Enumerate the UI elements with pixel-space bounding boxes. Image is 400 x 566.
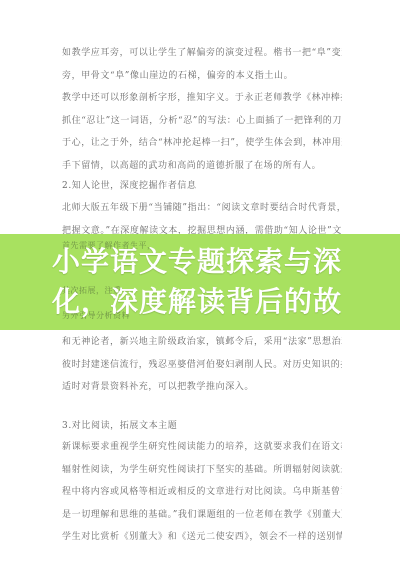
paragraph-2: 教学中还可以形象剖析字形，推知字义。于永正老师教学《林冲棒打洪教头》， 抓住“忍… <box>62 87 342 177</box>
text-line: 新课标要求重视学生研究性阅读能力的培养，这就要求我们在语文教学中开展 <box>62 436 342 459</box>
text-line: 彼时封建迷信流行，残忍巫婆借河伯娶妇剥削人民。对历史知识的拓展探寻， <box>62 354 342 377</box>
text-line: 辐射性阅读，为学生研究性阅读打下坚实的基础。所谓辐射阅读就是在教学过 <box>62 459 342 482</box>
text-line: 北师大版五年级下册“当铺随”指出：“阅读文章时要结合时代背景，整体地 <box>62 197 342 220</box>
text-line: 旁，甲骨文“阜”像山崖边的石梯，偏旁的本义指土山。 <box>62 65 342 88</box>
text-line: 手下留情，以高超的武功和高尚的道德折服了在场的所有人。 <box>62 155 342 178</box>
text-line: 适时对背景资料补充，可以把教学推向深入。 <box>62 376 342 399</box>
text-line: 学生对比赏析《别董大》和《送元二使安西》，领会不一样的送别情，让学生 <box>62 526 342 549</box>
text-line: 教学中还可以形象剖析字形，推知字义。于永正老师教学《林冲棒打洪教头》， <box>62 87 342 110</box>
text-line: 是一切理解和思维的基础。”我们课题组的一位老师在教学《别董大》后，让 <box>62 504 342 527</box>
text-line: 和无神论者，新兴地主阶级政治家，镇邺令后，采用“法家”思想治理邺地， <box>62 331 342 354</box>
banner-title-line: 化，深度解读背后的故 <box>52 282 352 322</box>
banner-title: 小学语文专题探索与深 化，深度解读背后的故 <box>52 242 352 322</box>
document-page: 如教学应耳旁，可以让学生了解偏旁的演变过程。楷书一把“阜”变形为左耳 旁，甲骨文… <box>0 0 400 566</box>
paragraph-5: 新课标要求重视学生研究性阅读能力的培养，这就要求我们在语文教学中开展 辐射性阅读… <box>62 436 342 549</box>
banner-title-line: 小学语文专题探索与深 <box>52 242 352 282</box>
paragraph-1: 如教学应耳旁，可以让学生了解偏旁的演变过程。楷书一把“阜”变形为左耳 旁，甲骨文… <box>62 42 342 87</box>
section-heading-2: 2.知人论世，深度挖掘作者信息 <box>62 178 197 191</box>
text-line: 如教学应耳旁，可以让学生了解偏旁的演变过程。楷书一把“阜”变形为左耳 <box>62 42 342 65</box>
text-line: 于心，让之于外，结合“林冲抡起棒一扫”，使学生体会到，林冲用劲不大， <box>62 132 342 155</box>
paragraph-4: 和无神论者，新兴地主阶级政治家，镇邺令后，采用“法家”思想治理邺地， 彼时封建迷… <box>62 331 342 399</box>
text-line: 抓住“忍让”这一词语，分析“忍”的写法：心上面插了一把锋利的刀，忍之 <box>62 110 342 133</box>
text-line: 程中将内容或风格等相近或相反的文章进行对比阅读。乌申斯基曾说：“比较 <box>62 481 342 504</box>
section-heading-3: 3.对比阅读，拓展文本主题 <box>62 418 177 431</box>
